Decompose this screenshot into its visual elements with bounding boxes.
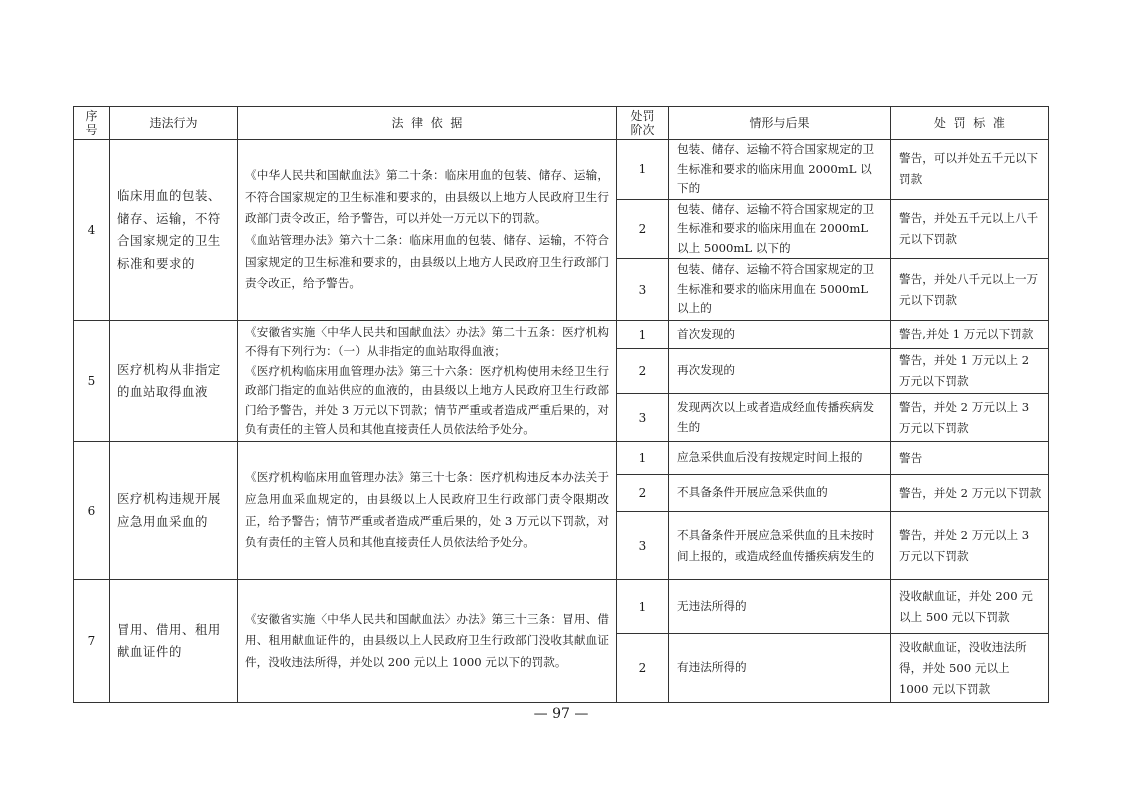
penalty-standard-text: 警告，并处 2 万元以下罚款 [891, 475, 1049, 512]
table-row: 6 医疗机构违规开展应急用血采血的 《医疗机构临床用血管理办法》第三十七条：医疗… [74, 442, 1049, 475]
header-circumstance: 情形与后果 [669, 107, 891, 140]
header-legal-basis: 法 律 依 据 [238, 107, 617, 140]
table-row: 4 临床用血的包装、储存、运输，不符合国家规定的卫生标准和要求的 《中华人民共和… [74, 140, 1049, 200]
penalty-step: 1 [617, 580, 669, 634]
legal-basis-text: 《安徽省实施〈中华人民共和国献血法〉办法》第二十五条：医疗机构不得有下列行为：（… [238, 321, 617, 442]
penalty-step: 3 [617, 512, 669, 580]
penalty-standard-text: 没收献血证，没收违法所得，并处 500 元以上 1000 元以下罚款 [891, 634, 1049, 703]
page-number: — 97 — [0, 706, 1122, 722]
penalty-step: 1 [617, 442, 669, 475]
violation-text: 医疗机构从非指定的血站取得血液 [110, 321, 238, 442]
penalty-step: 2 [617, 199, 669, 259]
table-row: 7 冒用、借用、租用献血证件的 《安徽省实施〈中华人民共和国献血法〉办法》第三十… [74, 580, 1049, 634]
penalty-standard-text: 警告,并处 1 万元以下罚款 [891, 321, 1049, 349]
circumstance-text: 首次发现的 [669, 321, 891, 349]
penalty-step: 1 [617, 140, 669, 200]
circumstance-text: 再次发现的 [669, 349, 891, 394]
penalty-standard-text: 警告，并处 1 万元以上 2 万元以下罚款 [891, 349, 1049, 394]
header-penalty-standard: 处 罚 标 准 [891, 107, 1049, 140]
violation-text: 临床用血的包装、储存、运输，不符合国家规定的卫生标准和要求的 [110, 140, 238, 321]
circumstance-text: 包装、储存、运输不符合国家规定的卫生标准和要求的临床用血在 5000mL 以上的 [669, 259, 891, 321]
penalty-standard-text: 警告，并处五千元以上八千元以下罚款 [891, 199, 1049, 259]
violation-text: 医疗机构违规开展应急用血采血的 [110, 442, 238, 580]
penalty-standard-text: 警告，可以并处五千元以下罚款 [891, 140, 1049, 200]
penalty-step: 3 [617, 394, 669, 442]
table-row: 5 医疗机构从非指定的血站取得血液 《安徽省实施〈中华人民共和国献血法〉办法》第… [74, 321, 1049, 349]
circumstance-text: 包装、储存、运输不符合国家规定的卫生标准和要求的临床用血在 2000mL 以上 … [669, 199, 891, 259]
circumstance-text: 发现两次以上或者造成经血传播疾病发生的 [669, 394, 891, 442]
circumstance-text: 不具备条件开展应急采供血的且未按时间上报的，或造成经血传播疾病发生的 [669, 512, 891, 580]
penalty-standard-text: 警告，并处 2 万元以上 3 万元以下罚款 [891, 512, 1049, 580]
header-violation: 违法行为 [110, 107, 238, 140]
circumstance-text: 有违法所得的 [669, 634, 891, 703]
header-penalty-step: 处罚阶次 [617, 107, 669, 140]
penalty-step: 2 [617, 349, 669, 394]
circumstance-text: 无违法所得的 [669, 580, 891, 634]
legal-basis-text: 《安徽省实施〈中华人民共和国献血法〉办法》第三十三条：冒用、借用、租用献血证件的… [238, 580, 617, 703]
penalty-standard-text: 警告，并处八千元以上一万元以下罚款 [891, 259, 1049, 321]
penalty-standard-text: 警告，并处 2 万元以上 3 万元以下罚款 [891, 394, 1049, 442]
serial-number: 5 [74, 321, 110, 442]
violation-text: 冒用、借用、租用献血证件的 [110, 580, 238, 703]
penalty-step: 1 [617, 321, 669, 349]
circumstance-text: 应急采供血后没有按规定时间上报的 [669, 442, 891, 475]
serial-number: 7 [74, 580, 110, 703]
penalty-standard-text: 警告 [891, 442, 1049, 475]
penalty-step: 3 [617, 259, 669, 321]
legal-basis-text: 《中华人民共和国献血法》第二十条：临床用血的包装、储存、运输，不符合国家规定的卫… [238, 140, 617, 321]
header-serial-number: 序号 [74, 107, 110, 140]
circumstance-text: 包装、储存、运输不符合国家规定的卫生标准和要求的临床用血 2000mL 以下的 [669, 140, 891, 200]
penalty-step: 2 [617, 634, 669, 703]
legal-basis-text: 《医疗机构临床用血管理办法》第三十七条：医疗机构违反本办法关于应急用血采血规定的… [238, 442, 617, 580]
serial-number: 6 [74, 442, 110, 580]
circumstance-text: 不具备条件开展应急采供血的 [669, 475, 891, 512]
penalty-step: 2 [617, 475, 669, 512]
penalty-standards-table: 序号 违法行为 法 律 依 据 处罚阶次 情形与后果 处 罚 标 准 4 临床用… [73, 106, 1049, 703]
serial-number: 4 [74, 140, 110, 321]
penalty-standard-text: 没收献血证，并处 200 元以上 500 元以下罚款 [891, 580, 1049, 634]
table-header-row: 序号 违法行为 法 律 依 据 处罚阶次 情形与后果 处 罚 标 准 [74, 107, 1049, 140]
